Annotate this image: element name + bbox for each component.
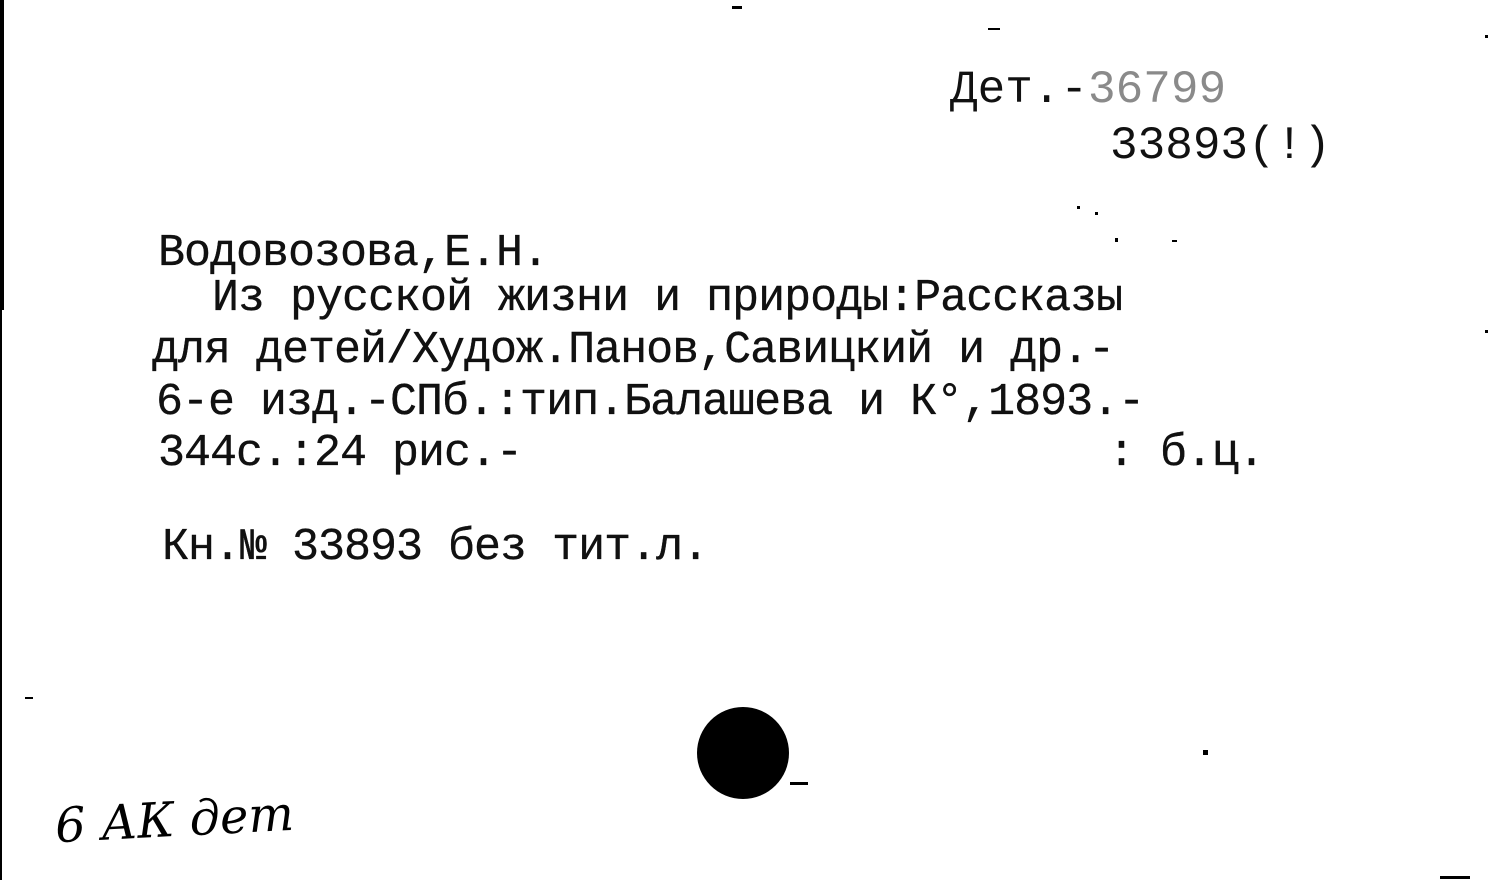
shelfmark-struck-number: 36799	[1088, 64, 1226, 116]
shelfmark: Дет.-36799 33893(!)	[950, 62, 1350, 174]
speck	[25, 697, 33, 699]
speck	[1485, 330, 1488, 333]
card-punch-hole	[697, 707, 789, 799]
speck	[1172, 240, 1177, 242]
speck	[1095, 212, 1098, 215]
speck	[1115, 238, 1118, 242]
shelfmark-number: 33893(!)	[950, 118, 1350, 174]
speck	[1440, 876, 1470, 879]
speck	[1203, 750, 1208, 755]
speck	[1077, 206, 1080, 209]
shelfmark-line-1: Дет.-36799	[950, 62, 1350, 118]
scan-edge-thin	[0, 310, 2, 880]
description-line-4: 344с.:24 рис.-	[158, 428, 522, 480]
shelfmark-prefix: Дет.-	[950, 64, 1088, 116]
hole-mark	[790, 782, 808, 785]
description-line-3: 6-е изд.-СПб.:тип.Балашева и К°,1893.-	[156, 377, 1144, 429]
speck	[988, 28, 1000, 30]
description-line-1: Из русской жизни и природы:Рассказы	[212, 273, 1122, 325]
handwritten-note: 6 АК дет	[54, 784, 296, 856]
speck	[1485, 35, 1488, 38]
copy-note: Кн.№ 33893 без тит.л.	[162, 522, 708, 574]
scan-edge	[0, 0, 4, 310]
catalog-card: Дет.-36799 33893(!) Водовозова,Е.Н. Из р…	[0, 0, 1496, 880]
price-note: : б.ц.	[1108, 428, 1264, 480]
description-line-2: для детей/Худож.Панов,Савицкий и др.-	[152, 325, 1114, 377]
speck	[732, 6, 742, 9]
